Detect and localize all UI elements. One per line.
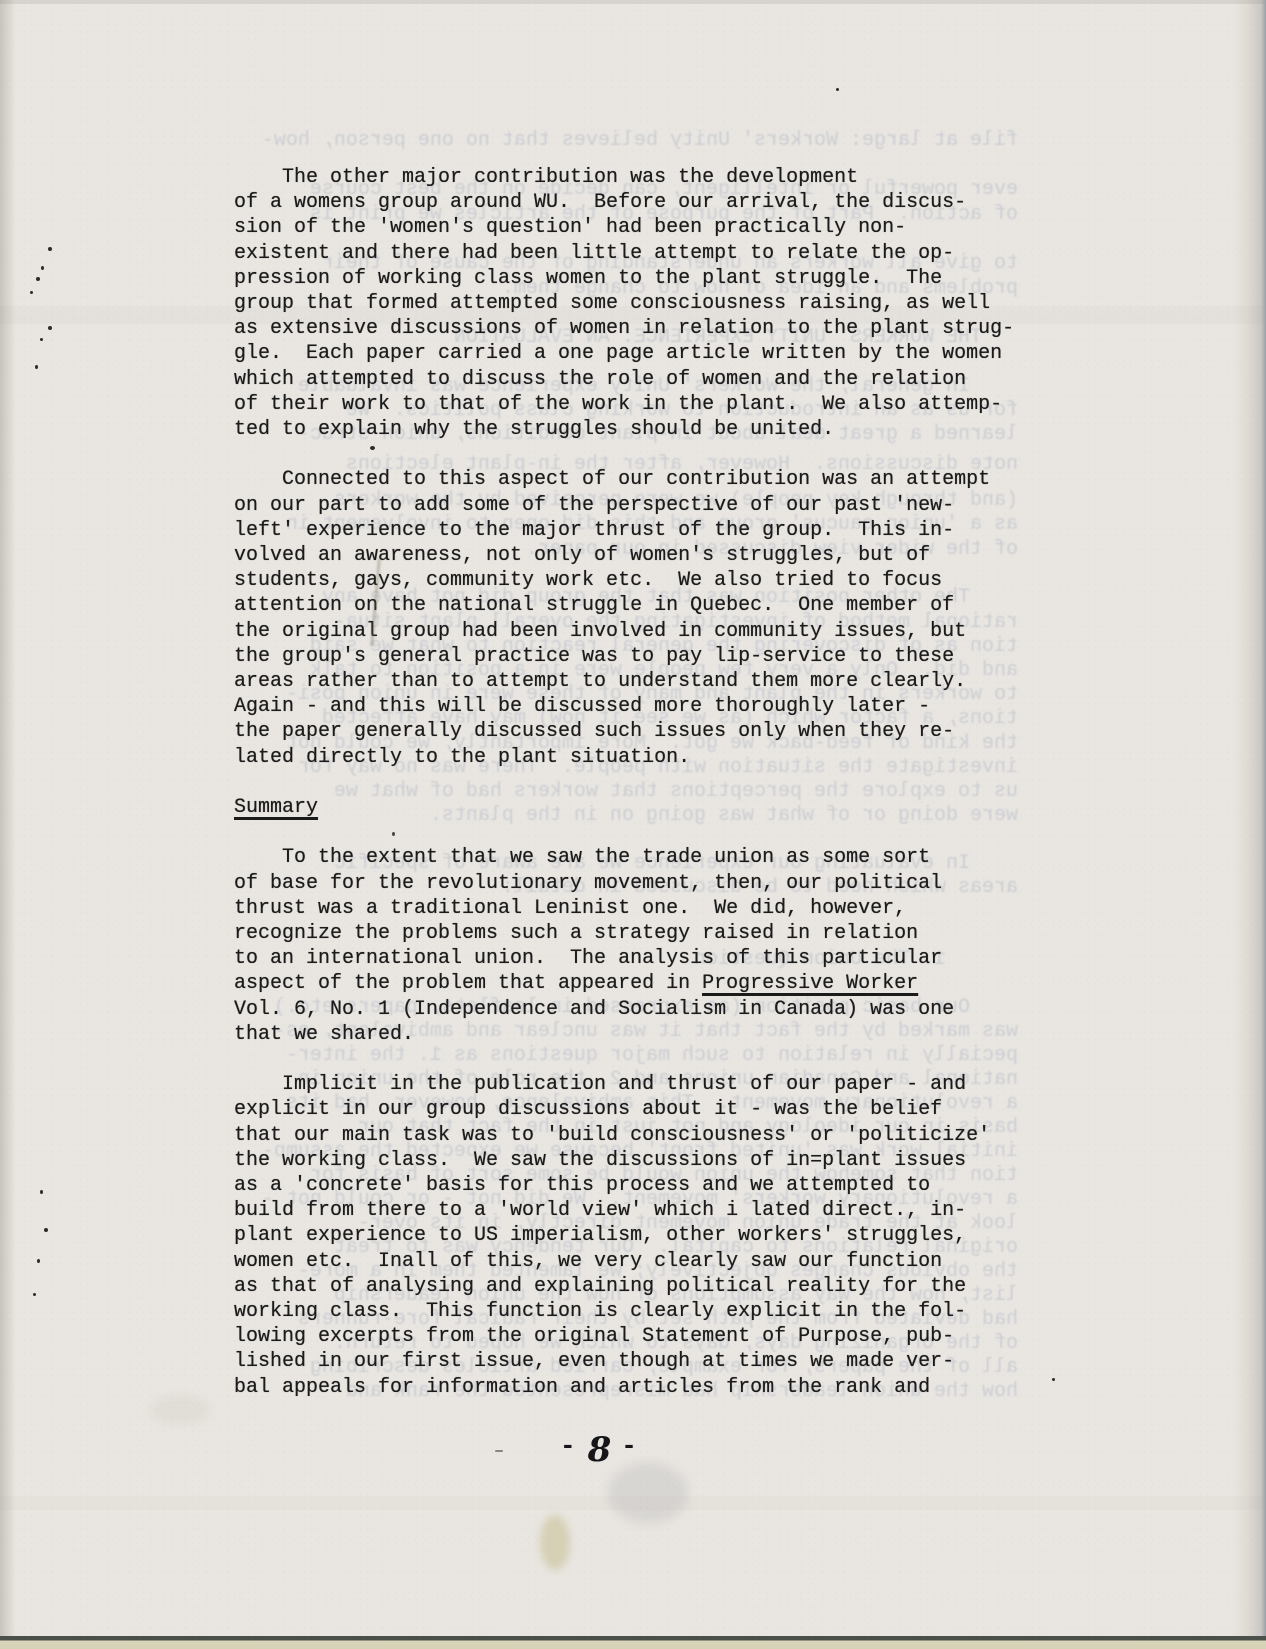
page-number: -8- (560, 1430, 700, 1470)
section-heading: Summary (234, 795, 1044, 820)
text-line: as extensive discussions of women in rel… (234, 316, 1044, 341)
text-line: recognize the problems such a strategy r… (234, 921, 1044, 946)
text-line: areas rather than to attempt to understa… (234, 669, 1044, 694)
text-line: sion of the 'women's question' had been … (234, 215, 1044, 240)
text-line: on our part to add some of the perspecti… (234, 493, 1044, 518)
text-line: the working class. We saw the discussion… (234, 1148, 1044, 1173)
speck (48, 247, 52, 251)
text-line: build from there to a 'world view' which… (234, 1198, 1044, 1223)
page-edge-right (1232, 0, 1266, 1649)
text-line: that our main task was to 'build conscio… (234, 1123, 1044, 1148)
text-line: Connected to this aspect of our contribu… (234, 467, 1044, 492)
document-text: The other major contribution was the dev… (234, 165, 1044, 1400)
text-line: of a womens group around WU. Before our … (234, 190, 1044, 215)
text-line: of base for the revolutionary movement, … (234, 871, 1044, 896)
text-line: group that formed attempted some conscio… (234, 291, 1044, 316)
text-line: explicit in our group discussions about … (234, 1097, 1044, 1122)
speck (41, 266, 44, 270)
paragraph: Implicit in the publication and thrust o… (234, 1072, 1044, 1400)
page-number-dash-right: - (621, 1431, 639, 1461)
text-line: The other major contribution was the dev… (234, 165, 1044, 190)
text-line: gle. Each paper carried a one page artic… (234, 341, 1044, 366)
text-line: pression of working class women to the p… (234, 266, 1044, 291)
text-line: bal appeals for information and articles… (234, 1375, 1044, 1400)
paragraph: To the extent that we saw the trade unio… (234, 845, 1044, 1047)
text-line: existent and there had been little attem… (234, 241, 1044, 266)
text-line: aspect of the problem that appeared in P… (234, 971, 1044, 996)
stain (150, 1395, 210, 1425)
speck (37, 1259, 40, 1263)
text-line: lowing excerpts from the original Statem… (234, 1324, 1044, 1349)
speck (1052, 1378, 1055, 1381)
ghost-text-line: file at large: Workers' Unity believes t… (20, 128, 1018, 153)
text-line: the paper generally discussed such issue… (234, 719, 1044, 744)
speck (36, 277, 40, 281)
text-line: plant experience to US imperialism, othe… (234, 1223, 1044, 1248)
page-edge-bottom (0, 1636, 1266, 1649)
text-line: lished in our first issue, even though a… (234, 1349, 1044, 1374)
text-line: that we shared. (234, 1022, 1044, 1047)
text-line: ted to explain why the struggles should … (234, 417, 1044, 442)
text-line: the original group had been involved in … (234, 619, 1044, 644)
paragraph: The other major contribution was the dev… (234, 165, 1044, 442)
scanned-page: file at large: Workers' Unity believes t… (0, 0, 1266, 1649)
text-line: Again - and this will be discussed more … (234, 694, 1044, 719)
text-line: volved an awareness, not only of women's… (234, 543, 1044, 568)
speck (370, 446, 375, 450)
scan-band (0, 1496, 1266, 1510)
text-line: the group's general practice was to pay … (234, 644, 1044, 669)
paragraph: Connected to this aspect of our contribu… (234, 467, 1044, 769)
text-line: lated directly to the plant situation. (234, 745, 1044, 770)
stain (540, 1515, 570, 1570)
speck (495, 1450, 503, 1452)
page-number-value: 8 (588, 1430, 612, 1470)
page-number-dash-left: - (560, 1431, 578, 1461)
speck (40, 338, 43, 341)
speck (392, 832, 395, 836)
text-line: which attempted to discuss the role of w… (234, 367, 1044, 392)
text-line: working class. This function is clearly … (234, 1299, 1044, 1324)
stain (608, 1462, 688, 1524)
text-line: left' experience to the major thrust of … (234, 518, 1044, 543)
text-line: thrust was a traditional Leninist one. W… (234, 896, 1044, 921)
text-line: To the extent that we saw the trade unio… (234, 845, 1044, 870)
page-edge-left (0, 0, 16, 1649)
speck (30, 291, 33, 294)
text-line: as a 'concrete' basis for this process a… (234, 1173, 1044, 1198)
text-line: students, gays, community work etc. We a… (234, 568, 1044, 593)
speck (836, 88, 839, 91)
text-line: Vol. 6, No. 1 (Independence and Socialis… (234, 997, 1044, 1022)
page-edge-top (0, 0, 1266, 4)
text-line: attention on the national struggle in Qu… (234, 593, 1044, 618)
text-line: women etc. Inall of this, we very clearl… (234, 1249, 1044, 1274)
text-line: as that of analysing and explaining poli… (234, 1274, 1044, 1299)
text-line: Implicit in the publication and thrust o… (234, 1072, 1044, 1097)
speck (35, 365, 38, 369)
speck (40, 1190, 43, 1194)
speck (48, 326, 52, 330)
speck (44, 1228, 48, 1232)
text-line: of their work to that of the work in the… (234, 392, 1044, 417)
text-line: to an international union. The analysis … (234, 946, 1044, 971)
speck (33, 1293, 36, 1296)
